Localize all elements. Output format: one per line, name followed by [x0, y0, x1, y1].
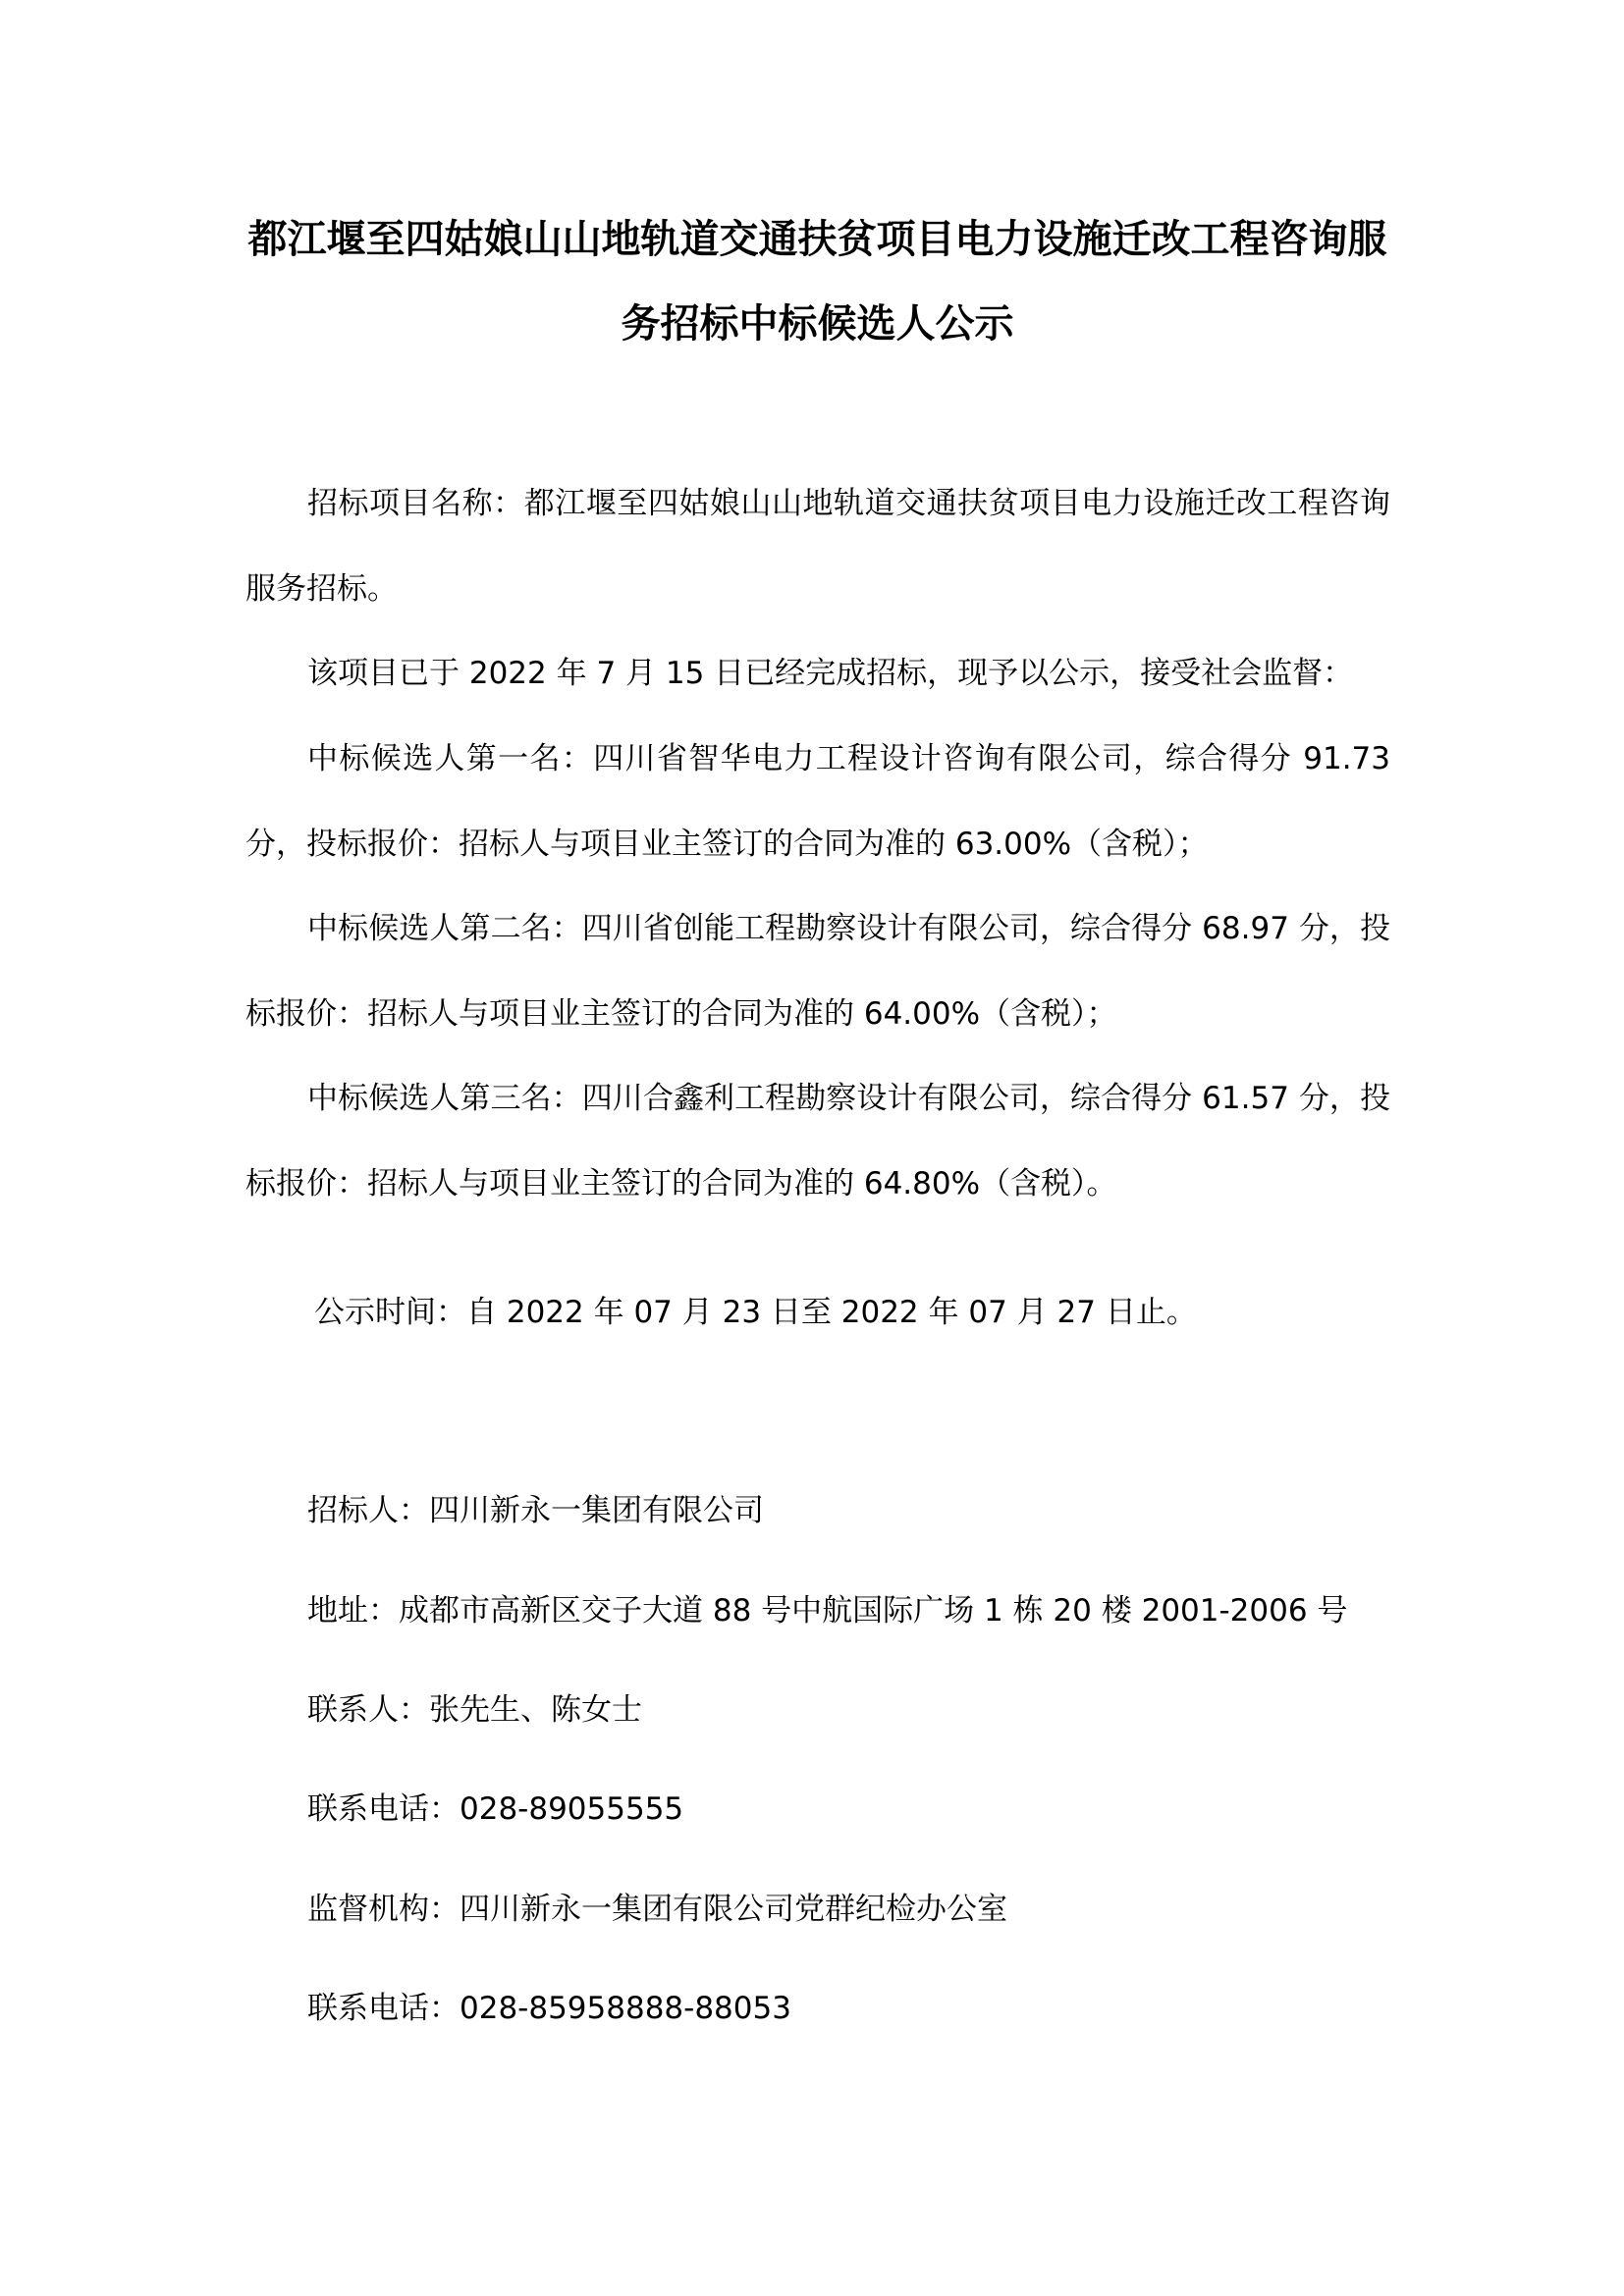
- candidate-1-paragraph: 中标候选人第一名：四川省智华电力工程设计咨询有限公司，综合得分 91.73 分，…: [245, 717, 1390, 887]
- document-title-line-2: 务招标中标候选人公示: [245, 304, 1389, 344]
- intro-paragraph: 该项目已于 2022 年 7 月 15 日已经完成招标，现予以公示，接受社会监督…: [245, 631, 1390, 717]
- tenderer: 招标人：四川新永一集团有限公司: [307, 1496, 764, 1526]
- candidate-2-paragraph: 中标候选人第二名：四川省创能工程勘察设计有限公司，综合得分 68.97 分，投标…: [245, 886, 1390, 1057]
- publicity-period: 公示时间：自 2022 年 07 月 23 日至 2022 年 07 月 27 …: [314, 1298, 1197, 1328]
- contact-person: 联系人：张先生、陈女士: [307, 1695, 642, 1726]
- project-name-paragraph: 招标项目名称：都江堰至四姑娘山山地轨道交通扶贫项目电力设施迁改工程咨询服务招标。: [245, 461, 1390, 632]
- supervisor-phone: 联系电话：028-85958888-88053: [307, 1994, 791, 2024]
- document-page: 都江堰至四姑娘山山地轨道交通扶贫项目电力设施迁改工程咨询服 务招标中标候选人公示…: [0, 0, 1624, 2296]
- candidate-3-paragraph: 中标候选人第三名：四川合鑫利工程勘察设计有限公司，综合得分 61.57 分，投标…: [245, 1056, 1390, 1227]
- address: 地址：成都市高新区交子大道 88 号中航国际广场 1 栋 20 楼 2001-2…: [307, 1596, 1347, 1627]
- supervisor: 监督机构：四川新永一集团有限公司党群纪检办公室: [307, 1895, 1007, 1925]
- contact-phone: 联系电话：028-89055555: [307, 1794, 683, 1825]
- document-title-line-1: 都江堰至四姑娘山山地轨道交通扶贫项目电力设施迁改工程咨询服: [245, 220, 1389, 259]
